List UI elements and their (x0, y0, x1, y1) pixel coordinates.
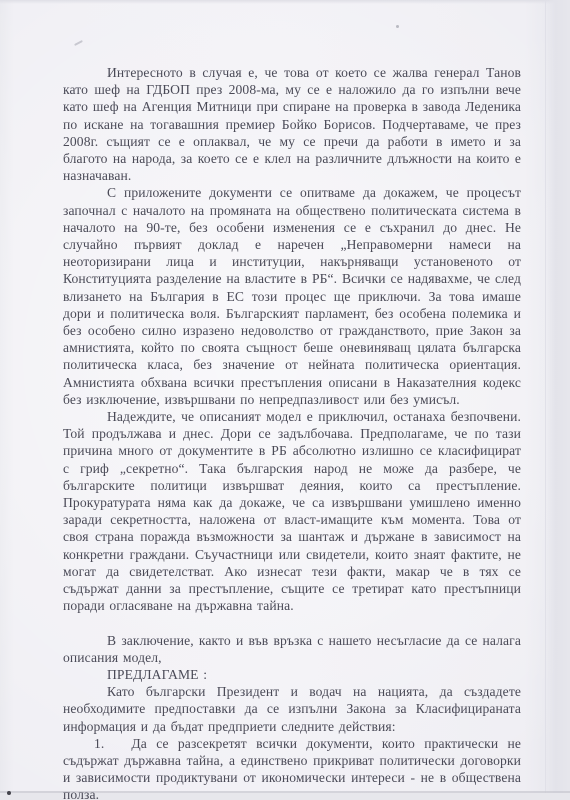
scan-edge-top (0, 0, 570, 4)
scan-speckle (74, 40, 83, 46)
proposal-preamble: Като български Президент и водач на наци… (63, 683, 521, 735)
paragraph-conclusion: В заключение, както и във връзка с нашет… (63, 632, 521, 666)
paragraph-process: С приложените документи се опитваме да д… (63, 184, 521, 408)
scanned-page: Интересното в случая е, че това от което… (0, 0, 570, 800)
proposal-item-1: 1.Да се разсекретят всички документи, ко… (63, 735, 521, 800)
letter-body: Интересното в случая е, че това от което… (63, 64, 521, 800)
paragraph-intro: Интересното в случая е, че това от което… (63, 64, 521, 184)
item-text: Да се разсекретят всички документи, коит… (63, 736, 521, 800)
item-number: 1. (94, 736, 104, 751)
scan-speckle (396, 25, 399, 28)
scan-edge-right (545, 0, 570, 800)
proposal-heading: ПРЕДЛАГАМЕ : (63, 666, 521, 683)
scan-speckle (7, 791, 11, 795)
paragraph-hopes: Надеждите, че описаният модел е приключи… (63, 408, 521, 614)
